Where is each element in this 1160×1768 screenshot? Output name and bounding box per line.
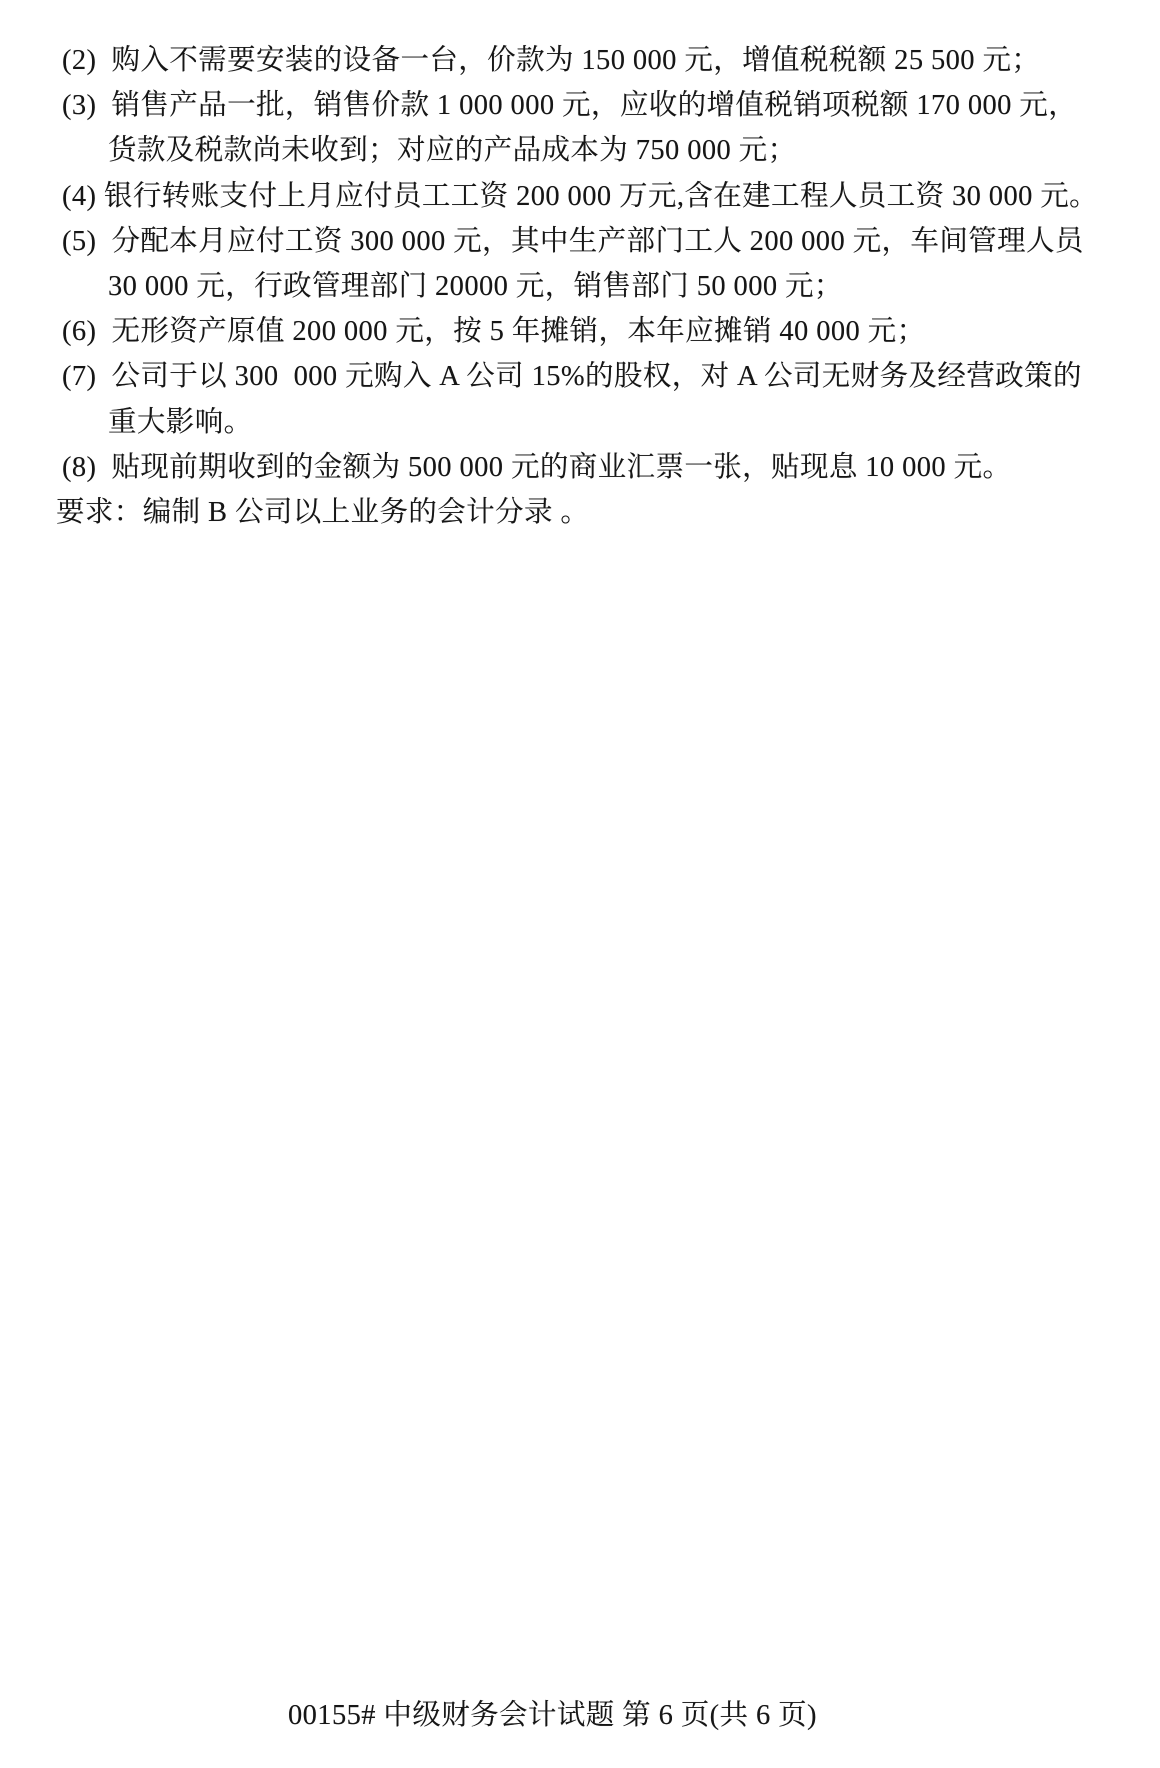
scanned-exam-page: (2) 购入不需要安装的设备一台，价款为 150 000 元，增值税税额 25 …: [0, 0, 1160, 1768]
item-6-line: (6) 无形资产原值 200 000 元，按 5 年摊销，本年应摊销 40 00…: [62, 309, 1140, 354]
item-3-line-2: 货款及税款尚未收到；对应的产品成本为 750 000 元；: [108, 128, 1140, 173]
item-7-line-2: 重大影响。: [108, 400, 1140, 445]
item-8-line: (8) 贴现前期收到的金额为 500 000 元的商业汇票一张，贴现息 10 0…: [62, 445, 1140, 490]
item-2-line: (2) 购入不需要安装的设备一台，价款为 150 000 元，增值税税额 25 …: [62, 38, 1140, 83]
requirement-line: 要求：编制 B 公司以上业务的会计分录 。: [56, 490, 1140, 535]
exam-question-body: (2) 购入不需要安装的设备一台，价款为 150 000 元，增值税税额 25 …: [62, 38, 1140, 535]
item-5-line-1: (5) 分配本月应付工资 300 000 元，其中生产部门工人 200 000 …: [62, 219, 1140, 264]
page-footer: 00155# 中级财务会计试题 第 6 页(共 6 页): [288, 1698, 817, 1734]
item-3-line-1: (3) 销售产品一批，销售价款 1 000 000 元，应收的增值税销项税额 1…: [62, 83, 1140, 128]
item-5-line-2: 30 000 元，行政管理部门 20000 元，销售部门 50 000 元；: [108, 264, 1140, 309]
item-7-line-1: (7) 公司于以 300 000 元购入 A 公司 15%的股权，对 A 公司无…: [62, 354, 1140, 399]
item-4-line: (4) 银行转账支付上月应付员工工资 200 000 万元,含在建工程人员工资 …: [62, 174, 1140, 219]
